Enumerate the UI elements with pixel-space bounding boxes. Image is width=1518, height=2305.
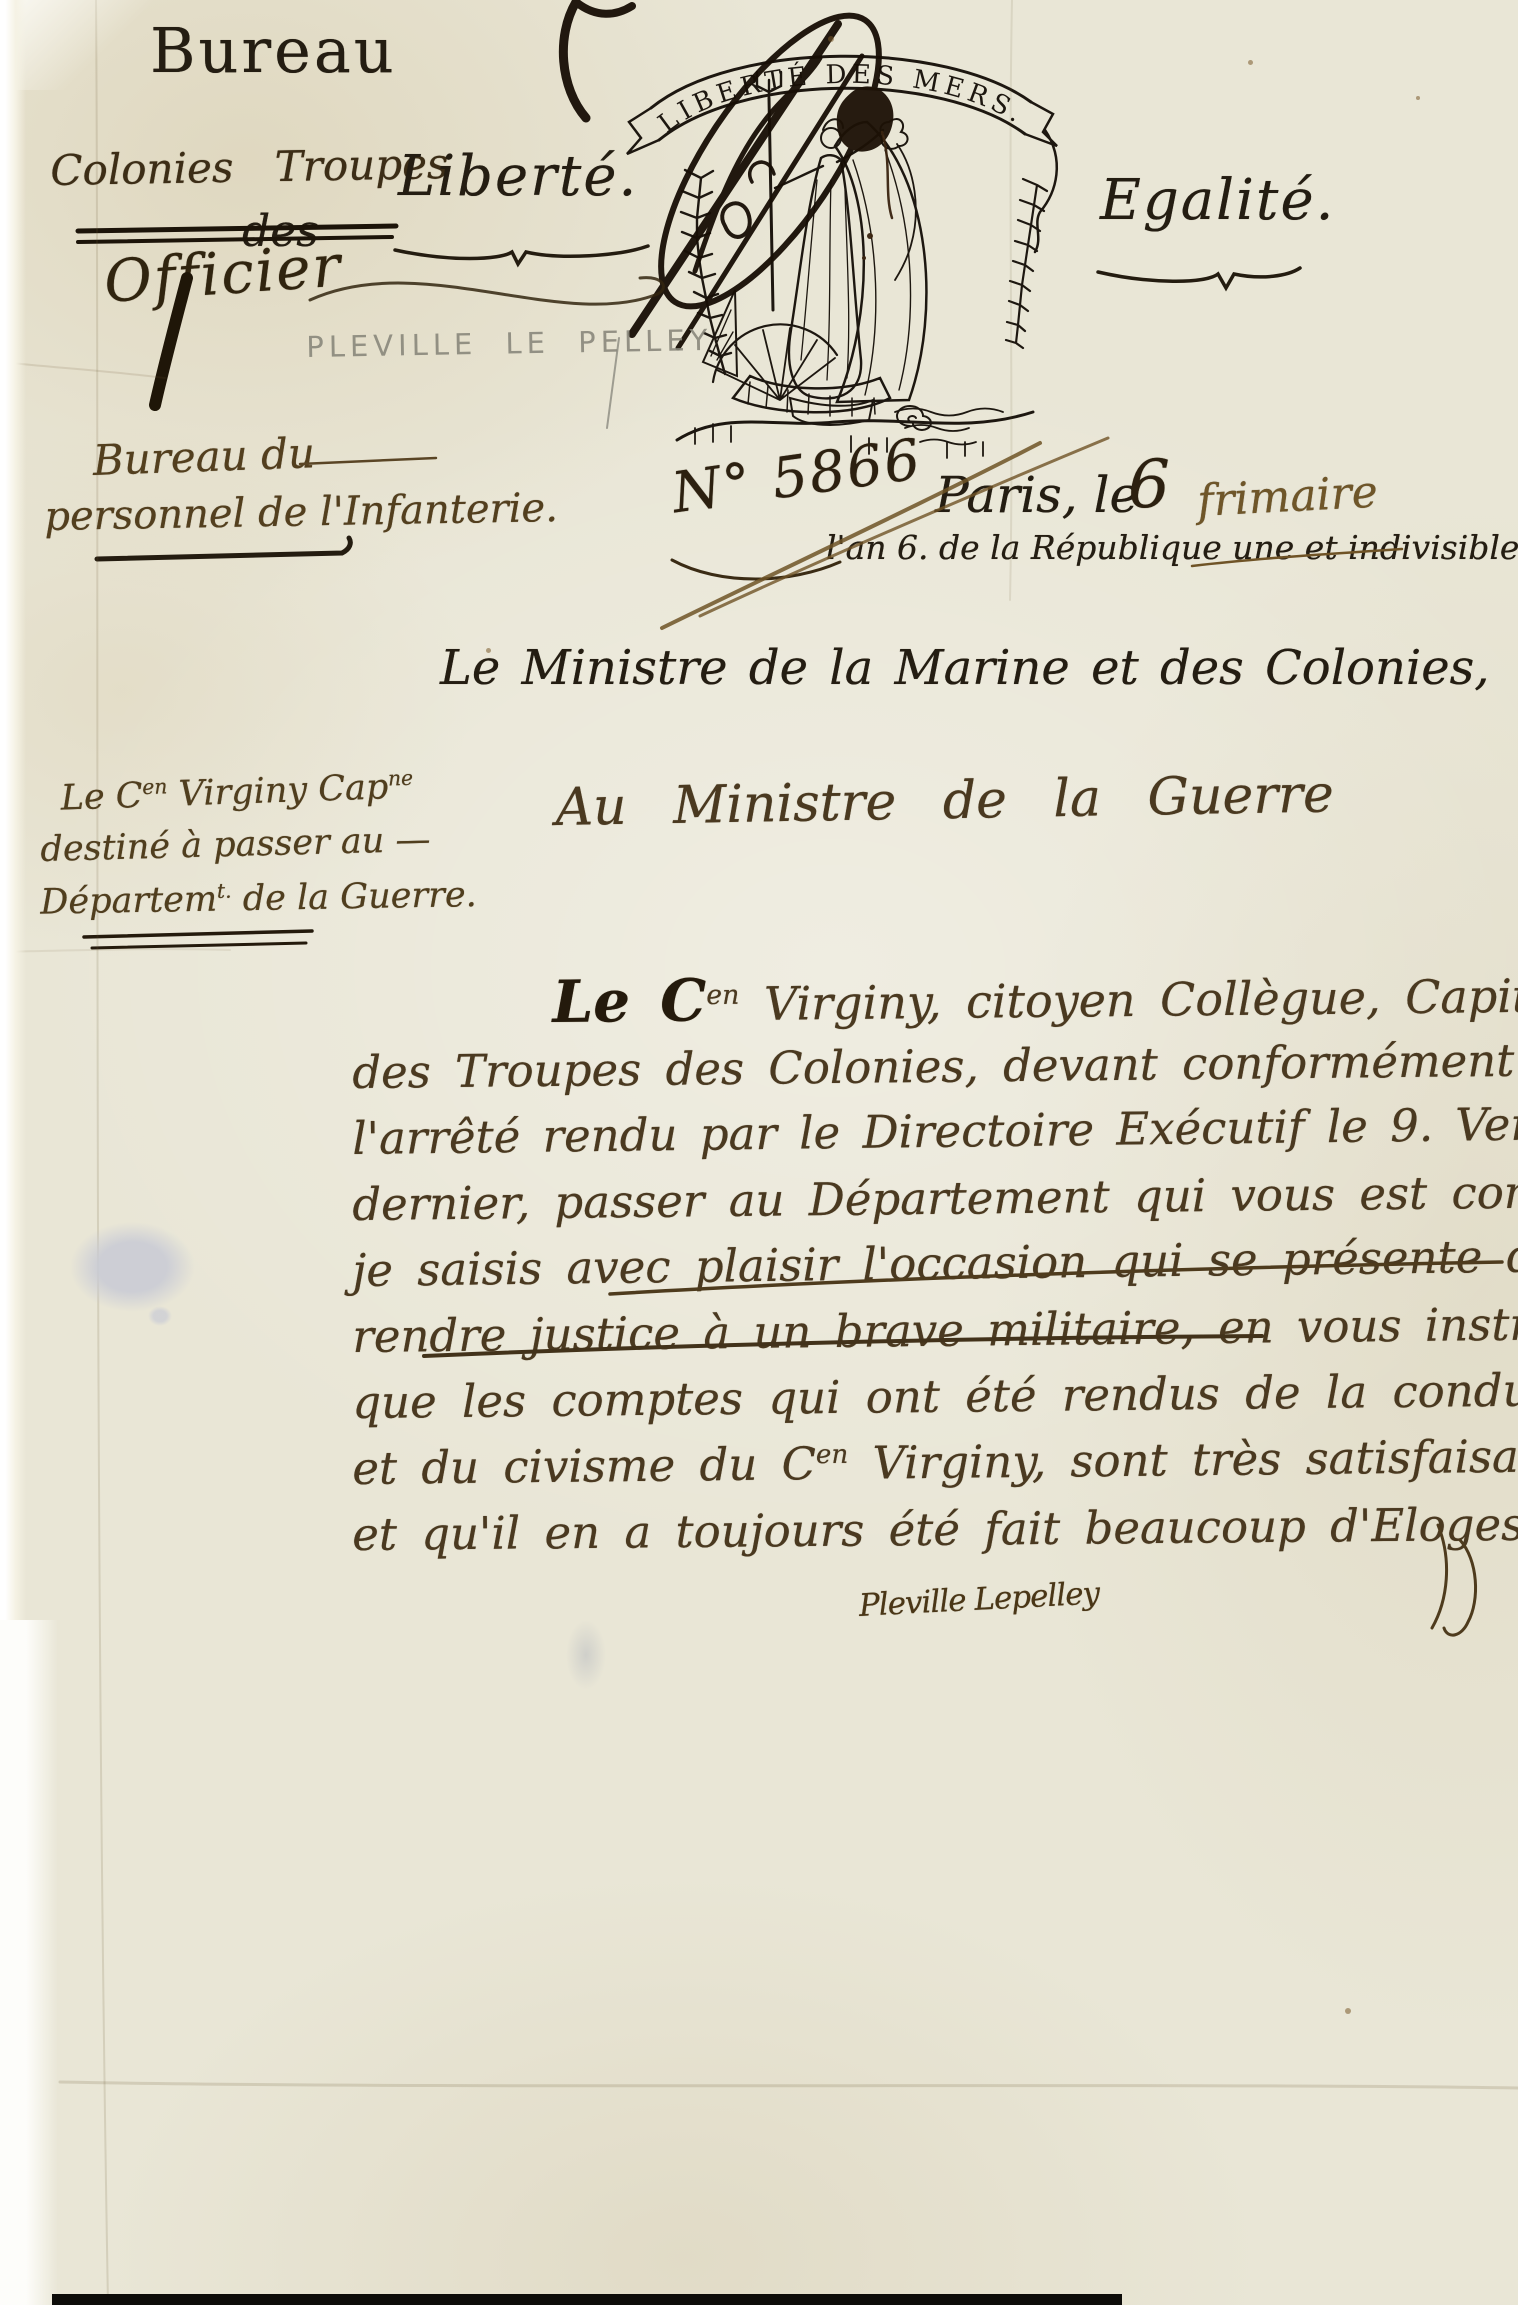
officier-label: Officier — [102, 231, 344, 315]
scan-edge-left-lower — [0, 1620, 58, 2305]
addressee-line: Au Ministre de la Guerre — [555, 764, 1334, 838]
body-l8-rest: Virginy, sont très satisfaisants — [848, 1429, 1518, 1490]
sub-bureau-line1: Bureau du — [92, 428, 316, 485]
scan-edge-bottom — [52, 2294, 1122, 2305]
foxing-speck — [1248, 60, 1253, 65]
margin-note-line3: Départemt. de la Guerre. — [40, 874, 477, 922]
margin-note-line2: destiné à passer au — — [40, 820, 431, 870]
signature-pleville-lepelley: Pleville Lepelley — [858, 1575, 1100, 1624]
margin-note-l3-rest: de la Guerre. — [231, 875, 477, 919]
body-line-9: et qu'il en a toujours été fait beaucoup… — [352, 1498, 1518, 1561]
body-l1-rest: Virginy, citoyen Collègue, Capitaine — [739, 968, 1518, 1031]
body-line-1: Le Cen Virginy, citoyen Collègue, Capita… — [552, 957, 1518, 1036]
foxing-speck — [828, 36, 834, 42]
body-line-8: et du civisme du Cen Virginy, sont très … — [352, 1429, 1518, 1495]
foxing-speck — [486, 648, 491, 653]
body-l8-sup: en — [816, 1440, 849, 1470]
body-l1-sup: en — [706, 980, 739, 1011]
svg-text:LIBERTÉ DES MERS.: LIBERTÉ DES MERS. — [653, 59, 1032, 139]
minister-title-line: Le Ministre de la Marine et des Colonies… — [440, 640, 1490, 696]
date-day-handwritten: 6 — [1128, 446, 1170, 523]
pencil-annotation-pleville: PLEVILLE LE PELLEY — [306, 323, 713, 364]
foxing-speck — [1345, 2008, 1351, 2014]
place-date-printed: Paris, le — [935, 466, 1139, 524]
body-line-2: des Troupes des Colonies, devant conform… — [352, 1033, 1518, 1099]
margin-note-l1-sup: en — [142, 774, 168, 799]
foxing-speck — [1416, 96, 1420, 100]
margin-note-l1-mid: Virginy Cap — [167, 767, 389, 815]
motto-liberte: Liberté. — [398, 144, 638, 209]
sub-bureau-line2: personnel de l'Infanterie. — [44, 485, 558, 540]
motto-egalite: Egalité. — [1100, 168, 1335, 233]
margin-note-l1-pre: Le C — [60, 776, 143, 819]
margin-note-line1: Le Cen Virginy Capne — [60, 766, 414, 819]
grey-paste-stain-dot — [148, 1306, 172, 1326]
body-line-4: dernier, passer au Département qui vous … — [352, 1165, 1518, 1231]
bureau-colonies-troupes: Colonies Troupes — [50, 139, 449, 195]
grey-paste-stain — [70, 1222, 195, 1312]
body-line-6: rendre justice à un brave militaire, en … — [352, 1296, 1518, 1363]
republican-year-line: l'an 6. de la République une et indivisi… — [826, 528, 1518, 567]
margin-note-l1-sup2: ne — [388, 766, 414, 791]
margin-note-l3-pre: Départem — [40, 880, 217, 923]
reference-number: N° 5866 — [668, 427, 926, 526]
body-l1-pre: Le C — [552, 966, 707, 1036]
body-line-5: je saisis avec plaisir l'occasion qui se… — [352, 1229, 1518, 1297]
date-month-handwritten: frimaire — [1196, 467, 1379, 527]
ink-show-through-smudge — [566, 1620, 606, 1690]
manuscript-letter-page: LIBERTÉ DES MERS. — [0, 0, 1518, 2305]
body-l8-pre: et du civisme du C — [352, 1437, 816, 1495]
body-line-3: l'arrêté rendu par le Directoire Exécuti… — [352, 1095, 1518, 1165]
bureau-heading-line1: Bureau — [150, 14, 397, 87]
vignette-banner-text: LIBERTÉ DES MERS. — [653, 59, 1032, 139]
body-line-7: que les comptes qui ont été rendus de la… — [352, 1363, 1518, 1429]
margin-note-l3-sup: t. — [217, 879, 232, 903]
liberte-des-mers-vignette: LIBERTÉ DES MERS. — [585, 10, 1095, 465]
